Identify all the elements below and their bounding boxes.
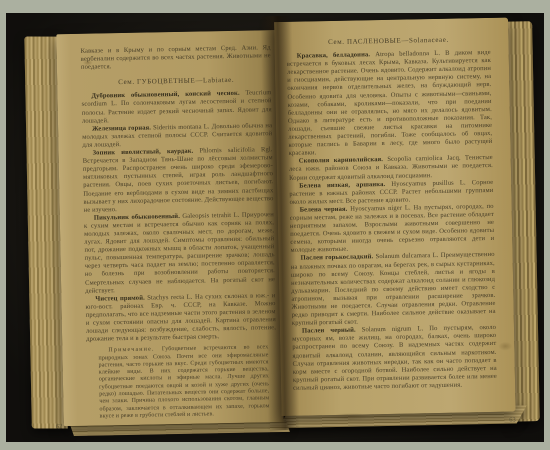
species-name: Паслен горькосладкий. xyxy=(301,254,374,262)
right-page: Сем. ПАСЛЕНОВЫЕ—Solanaceae. Красавка, бе… xyxy=(274,18,516,416)
species-entry: Белена черная. Hyoscyamus niger L. На пу… xyxy=(290,203,495,255)
continued-paragraph: Кавказе и в Крыму и по сорным местам Сре… xyxy=(81,44,271,72)
species-entry: Паслен черный. Solanum nigrum L. По пуст… xyxy=(292,324,497,393)
species-entry: Железница горная. Sideritis montana L. Д… xyxy=(82,122,272,150)
page-number-left: 62 xyxy=(56,423,63,430)
species-description: Galeopsis tetrahit L. Приурочен к сухим … xyxy=(84,211,275,294)
footnote: Примечание. Губоцветные встречаются во в… xyxy=(86,340,277,421)
species-entry: Чистец прямой. Stachys recta L. На сухих… xyxy=(85,292,276,344)
right-section-heading: Сем. ПАСЛЕНОВЫЕ—Solanaceae. xyxy=(286,35,490,47)
left-page: Кавказе и в Крыму и по сорным местам Сре… xyxy=(56,30,283,426)
species-entry: Дубровник обыкновенный, конский чеснок. … xyxy=(81,90,272,126)
page-number-right: 63 xyxy=(509,417,516,424)
species-name: Красавка, белладонна. xyxy=(297,51,370,59)
species-entry: Зопник иволистный, каурдак. Phlomis sali… xyxy=(83,146,274,214)
species-description: Atropa belladonna L. В диком виде встреч… xyxy=(287,49,493,157)
left-section-heading: Сем. ГУБОЦВЕТНЫЕ—Labiatae. xyxy=(81,75,271,87)
species-entry: Красавка, белладонна. Atropa belladonna … xyxy=(287,49,493,158)
species-name: Белена черная. xyxy=(300,206,348,214)
species-name: Скополия карниолийская. xyxy=(299,156,383,165)
species-entry: Пикульник обыкновенный. Galeopsis tetrah… xyxy=(84,211,276,296)
open-book: Кавказе и в Крыму и по сорным местам Сре… xyxy=(22,13,540,441)
species-name: Чистец прямой. xyxy=(95,294,145,302)
book-photo: Кавказе и в Крыму и по сорным местам Сре… xyxy=(6,13,544,442)
footnote-text: Губоцветные встречаются во всех природны… xyxy=(98,345,269,420)
species-name: Железница горная. xyxy=(92,124,151,132)
footnote-label: Примечание. xyxy=(108,347,154,354)
species-name: Паслен черный. xyxy=(302,327,356,335)
species-entry: Паслен горькосладкий. Solanum dulcamara … xyxy=(291,251,496,328)
species-description: Solanum dulcamara L. Преимущественно на … xyxy=(291,251,496,327)
